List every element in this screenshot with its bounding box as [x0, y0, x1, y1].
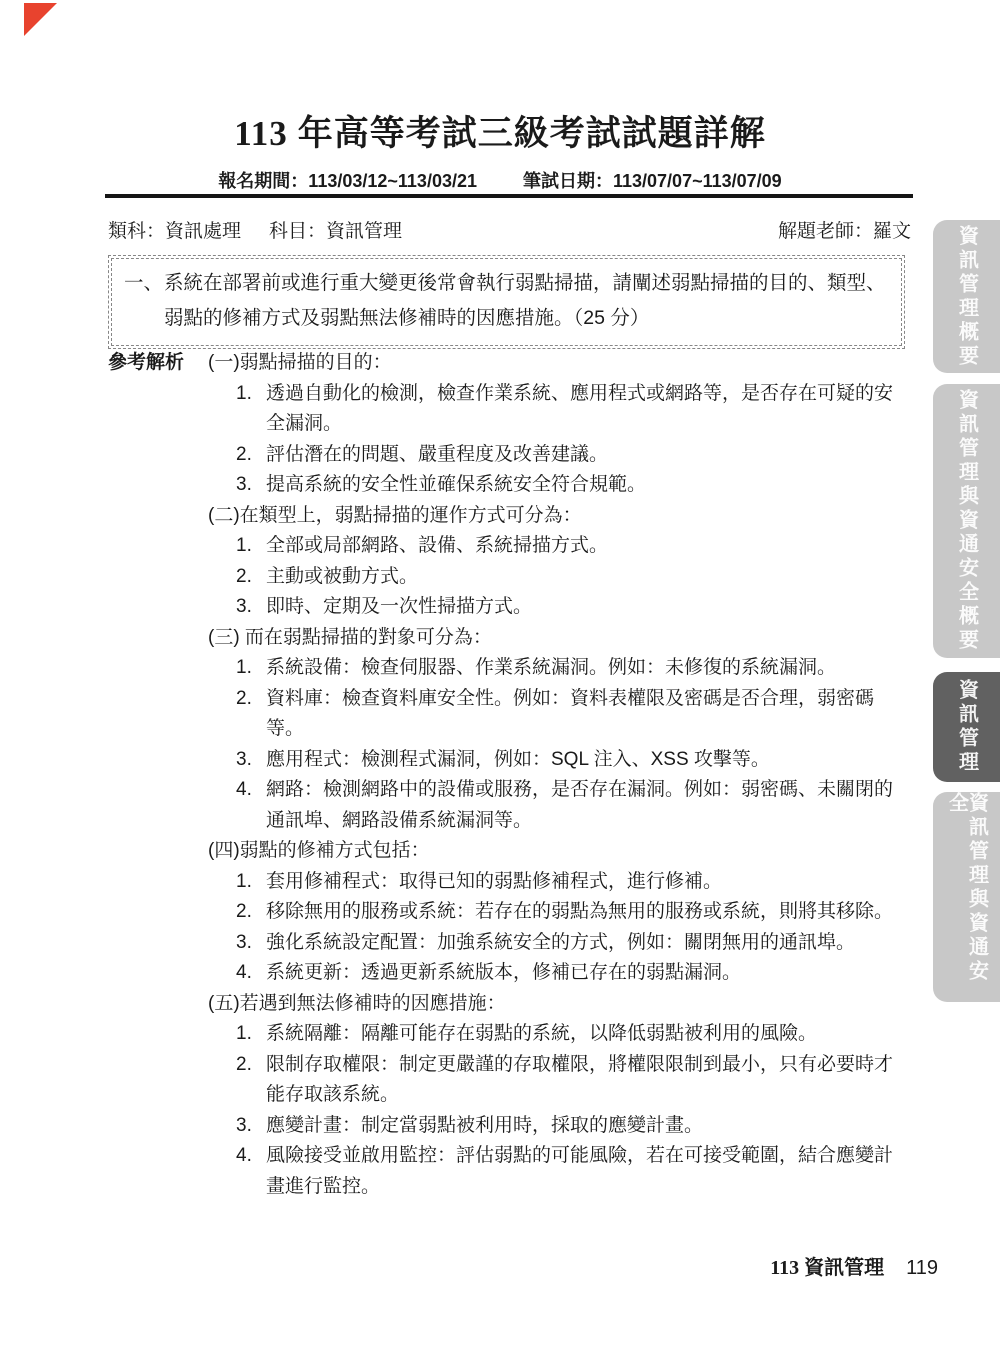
title-text: 年高等考試三級考試試題詳解 [298, 114, 766, 153]
tab-label: 資訊管理概要 [957, 225, 977, 369]
sidebar-tab-info-mgmt-and-comm-security: 資訊管理與資通安全 [933, 792, 1000, 1002]
item-text: 套用修補程式：取得已知的弱點修補程式，進行修補。 [266, 871, 722, 892]
tab-label: 資訊管理與資通安全 [947, 792, 987, 1002]
page-footer: 113 資訊管理119 [0, 1254, 938, 1282]
list-item: 2.限制存取權限：制定更嚴謹的存取權限，將權限限制到最小，只有必要時才能存取該系… [266, 1050, 908, 1111]
question-text: 系統在部署前或進行重大變更後常會執行弱點掃描，請闡述弱點掃描的目的、類型、弱點的… [164, 272, 886, 329]
item-number: 2. [236, 897, 252, 928]
list-item: 1.全部或局部網路、設備、系統掃描方式。 [266, 531, 908, 562]
footer-page-number: 119 [906, 1257, 938, 1279]
list-item: 3.應變計畫：制定當弱點被利用時，採取的應變計畫。 [266, 1111, 908, 1142]
item-text: 提高系統的安全性並確保系統安全符合規範。 [266, 474, 646, 495]
book-page: 113年高等考試三級考試試題詳解 報名期間：113/03/12~113/03/2… [0, 0, 1000, 1353]
list-item: 4.風險接受並啟用監控：評估弱點的可能風險，若在可接受範圍，結合應變計畫進行監控… [266, 1141, 908, 1202]
item-number: 3. [236, 1111, 252, 1142]
question-box-inner: 一、系統在部署前或進行重大變更後常會執行弱點掃描，請闡述弱點掃描的目的、類型、弱… [111, 258, 902, 346]
item-number: 1. [236, 653, 252, 684]
section-heading: (三) 而在弱點掃描的對象可分為： [208, 623, 908, 654]
item-number: 2. [236, 440, 252, 471]
exam-dates-row: 報名期間：113/03/12~113/03/21 筆試日期：113/07/07~… [0, 167, 1000, 193]
item-number: 3. [236, 745, 252, 776]
item-text: 即時、定期及一次性掃描方式。 [266, 596, 532, 617]
sidebar-tab-information-management-active: 資訊管理 [933, 672, 1000, 782]
section-4: (四)弱點的修補方式包括： 1.套用修補程式：取得已知的弱點修補程式，進行修補。… [208, 836, 908, 989]
item-text: 應變計畫：制定當弱點被利用時，採取的應變計畫。 [266, 1115, 703, 1136]
header-divider [105, 194, 913, 198]
title-year-number: 113 [234, 114, 288, 153]
section-3: (三) 而在弱點掃描的對象可分為： 1.系統設備：檢查伺服器、作業系統漏洞。例如… [208, 623, 908, 837]
item-text: 評估潛在的問題、嚴重程度及改善建議。 [266, 444, 608, 465]
question: 一、系統在部署前或進行重大變更後常會執行弱點掃描，請闡述弱點掃描的目的、類型、弱… [124, 266, 889, 336]
item-number: 1. [236, 1019, 252, 1050]
teacher-label: 解題老師：羅文 [778, 216, 911, 243]
item-number: 2. [236, 562, 252, 593]
section-5: (五)若遇到無法修補時的因應措施： 1.系統隔離：隔離可能存在弱點的系統，以降低… [208, 989, 908, 1203]
item-text: 限制存取權限：制定更嚴謹的存取權限，將權限限制到最小，只有必要時才能存取該系統。 [266, 1054, 893, 1106]
list-item: 2.評估潛在的問題、嚴重程度及改善建議。 [266, 440, 908, 471]
category-subject: 類科：資訊處理 科目：資訊管理 [108, 216, 402, 243]
item-number: 1. [236, 531, 252, 562]
item-text: 風險接受並啟用監控：評估弱點的可能風險，若在可接受範圍，結合應變計畫進行監控。 [266, 1145, 893, 1197]
list-item: 1.系統隔離：隔離可能存在弱點的系統，以降低弱點被利用的風險。 [266, 1019, 908, 1050]
answer-body: (一)弱點掃描的目的： 1.透過自動化的檢測，檢查作業系統、應用程式或網路等，是… [208, 348, 908, 1202]
section-heading: (二)在類型上，弱點掃描的運作方式可分為： [208, 501, 908, 532]
section-heading: (一)弱點掃描的目的： [208, 348, 908, 379]
list-item: 1.系統設備：檢查伺服器、作業系統漏洞。例如：未修復的系統漏洞。 [266, 653, 908, 684]
sidebar-tab-info-mgmt-and-comm-security-overview: 資訊管理與資通安全概要 [933, 384, 1000, 658]
section-heading: (五)若遇到無法修補時的因應措施： [208, 989, 908, 1020]
item-number: 3. [236, 592, 252, 623]
list-item: 3.應用程式：檢測程式漏洞，例如：SQL 注入、XSS 攻擊等。 [266, 745, 908, 776]
list-item: 2.資料庫：檢查資料庫安全性。例如：資料表權限及密碼是否合理，弱密碼等。 [266, 684, 908, 745]
item-number: 2. [236, 684, 252, 715]
item-number: 2. [236, 1050, 252, 1081]
subject-label: 科目：資訊管理 [269, 216, 402, 243]
list-item: 4.系統更新：透過更新系統版本，修補已存在的弱點漏洞。 [266, 958, 908, 989]
item-text: 主動或被動方式。 [266, 566, 418, 587]
item-text: 系統設備：檢查伺服器、作業系統漏洞。例如：未修復的系統漏洞。 [266, 657, 836, 678]
item-number: 3. [236, 928, 252, 959]
item-text: 網路：檢測網路中的設備或服務，是否存在漏洞。例如：弱密碼、未關閉的通訊埠、網路設… [266, 779, 893, 831]
list-item: 3.即時、定期及一次性掃描方式。 [266, 592, 908, 623]
category-label: 類科：資訊處理 [108, 216, 241, 243]
section-2: (二)在類型上，弱點掃描的運作方式可分為： 1.全部或局部網路、設備、系統掃描方… [208, 501, 908, 623]
tab-label: 資訊管理與資通安全概要 [957, 389, 977, 653]
red-corner-mark [24, 3, 57, 36]
registration-period: 報名期間：113/03/12~113/03/21 [218, 167, 477, 193]
sidebar-tab-information-management-overview: 資訊管理概要 [933, 220, 1000, 373]
item-number: 4. [236, 775, 252, 806]
item-text: 移除無用的服務或系統：若存在的弱點為無用的服務或系統，則將其移除。 [266, 901, 893, 922]
list-item: 1.套用修補程式：取得已知的弱點修補程式，進行修補。 [266, 867, 908, 898]
footer-book-title: 113 資訊管理 [770, 1257, 884, 1279]
list-item: 2.移除無用的服務或系統：若存在的弱點為無用的服務或系統，則將其移除。 [266, 897, 908, 928]
item-text: 透過自動化的檢測，檢查作業系統、應用程式或網路等，是否存在可疑的安全漏洞。 [266, 383, 893, 435]
item-number: 1. [236, 379, 252, 410]
item-number: 4. [236, 1141, 252, 1172]
item-text: 系統隔離：隔離可能存在弱點的系統，以降低弱點被利用的風險。 [266, 1023, 817, 1044]
item-text: 系統更新：透過更新系統版本，修補已存在的弱點漏洞。 [266, 962, 741, 983]
question-box: 一、系統在部署前或進行重大變更後常會執行弱點掃描，請闡述弱點掃描的目的、類型、弱… [108, 255, 905, 349]
list-item: 2.主動或被動方式。 [266, 562, 908, 593]
item-text: 全部或局部網路、設備、系統掃描方式。 [266, 535, 608, 556]
section-1: (一)弱點掃描的目的： 1.透過自動化的檢測，檢查作業系統、應用程式或網路等，是… [208, 348, 908, 501]
meta-row: 類科：資訊處理 科目：資訊管理 解題老師：羅文 [108, 216, 911, 243]
list-item: 3.強化系統設定配置：加強系統安全的方式，例如：關閉無用的通訊埠。 [266, 928, 908, 959]
item-text: 強化系統設定配置：加強系統安全的方式，例如：關閉無用的通訊埠。 [266, 932, 855, 953]
page-title: 113年高等考試三級考試試題詳解 [0, 106, 1000, 156]
answer-block: 參考解析 (一)弱點掃描的目的： 1.透過自動化的檢測，檢查作業系統、應用程式或… [208, 348, 908, 1202]
written-exam-date: 筆試日期：113/07/07~113/07/09 [523, 167, 782, 193]
tab-label: 資訊管理 [957, 679, 977, 775]
item-number: 3. [236, 470, 252, 501]
list-item: 1.透過自動化的檢測，檢查作業系統、應用程式或網路等，是否存在可疑的安全漏洞。 [266, 379, 908, 440]
question-number: 一、 [124, 266, 163, 301]
item-number: 1. [236, 867, 252, 898]
list-item: 4.網路：檢測網路中的設備或服務，是否存在漏洞。例如：弱密碼、未關閉的通訊埠、網… [266, 775, 908, 836]
section-heading: (四)弱點的修補方式包括： [208, 836, 908, 867]
item-number: 4. [236, 958, 252, 989]
list-item: 3.提高系統的安全性並確保系統安全符合規範。 [266, 470, 908, 501]
answer-label: 參考解析 [108, 348, 184, 379]
item-text: 應用程式：檢測程式漏洞，例如：SQL 注入、XSS 攻擊等。 [266, 749, 770, 770]
item-text: 資料庫：檢查資料庫安全性。例如：資料表權限及密碼是否合理，弱密碼等。 [266, 688, 874, 740]
